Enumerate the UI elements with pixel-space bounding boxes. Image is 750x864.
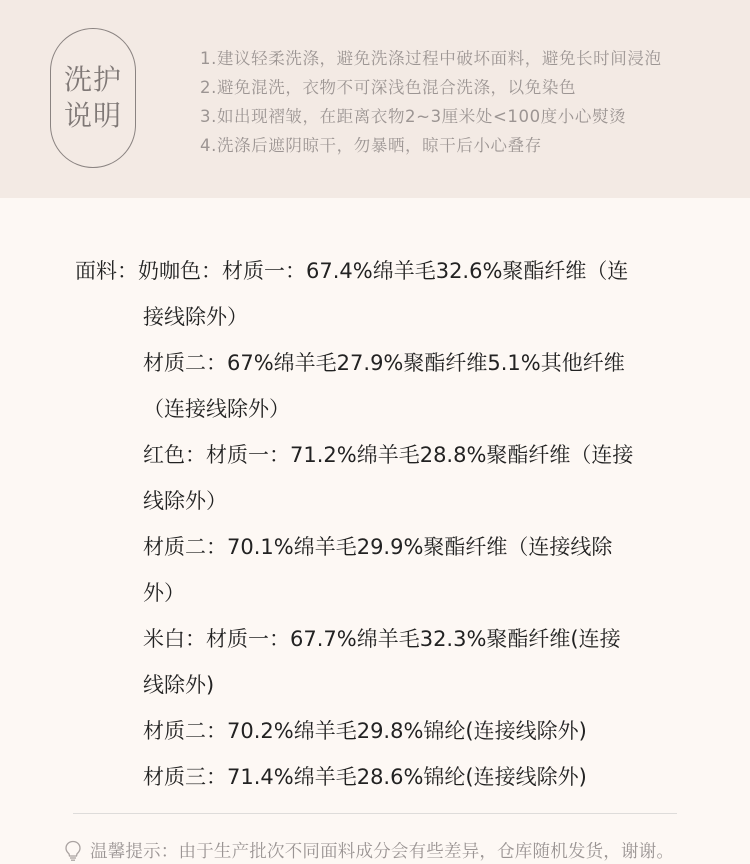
care-instruction-item: 3.如出现褶皱，在距离衣物2~3厘米处<100度小心熨烫 (200, 102, 662, 131)
care-instruction-item: 4.洗涤后遮阴晾干，勿暴晒，晾干后小心叠存 (200, 131, 662, 160)
warm-tip-text: 温馨提示：由于生产批次不同面料成分会有些差异，仓库随机发货，谢谢。 (90, 838, 674, 863)
care-title-line1: 洗护 (64, 62, 122, 98)
fabric-line: 接线除外） (75, 294, 695, 340)
lightbulb-icon (64, 840, 82, 862)
care-instructions-band: 洗护 说明 1.建议轻柔洗涤，避免洗涤过程中破坏面料，避免长时间浸泡 2.避免混… (0, 0, 750, 198)
fabric-composition: 面料：奶咖色：材质一：67.4%绵羊毛32.6%聚酯纤维（连 接线除外） 材质二… (75, 248, 695, 800)
fabric-line: 红色：材质一：71.2%绵羊毛28.8%聚酯纤维（连接 (75, 432, 695, 478)
fabric-line: 材质二：70.2%绵羊毛29.8%锦纶(连接线除外) (75, 708, 695, 754)
care-instruction-item: 2.避免混洗，衣物不可深浅色混合洗涤，以免染色 (200, 73, 662, 102)
care-title-line2: 说明 (64, 98, 122, 134)
fabric-line: 材质二：67%绵羊毛27.9%聚酯纤维5.1%其他纤维 (75, 340, 695, 386)
fabric-line: （连接线除外） (75, 386, 695, 432)
fabric-line: 外） (75, 570, 695, 616)
fabric-line: 线除外） (75, 478, 695, 524)
care-instructions-list: 1.建议轻柔洗涤，避免洗涤过程中破坏面料，避免长时间浸泡 2.避免混洗，衣物不可… (200, 44, 662, 160)
fabric-line: 材质二：70.1%绵羊毛29.9%聚酯纤维（连接线除 (75, 524, 695, 570)
care-title-badge: 洗护 说明 (50, 28, 136, 168)
fabric-line: 材质三：71.4%绵羊毛28.6%锦纶(连接线除外) (75, 754, 695, 800)
care-instruction-item: 1.建议轻柔洗涤，避免洗涤过程中破坏面料，避免长时间浸泡 (200, 44, 662, 73)
warm-tip: 温馨提示：由于生产批次不同面料成分会有些差异，仓库随机发货，谢谢。 (64, 838, 674, 863)
fabric-line: 线除外) (75, 662, 695, 708)
fabric-line: 米白：材质一：67.7%绵羊毛32.3%聚酯纤维(连接 (75, 616, 695, 662)
section-divider (73, 813, 677, 814)
fabric-line: 面料：奶咖色：材质一：67.4%绵羊毛32.6%聚酯纤维（连 (75, 248, 695, 294)
